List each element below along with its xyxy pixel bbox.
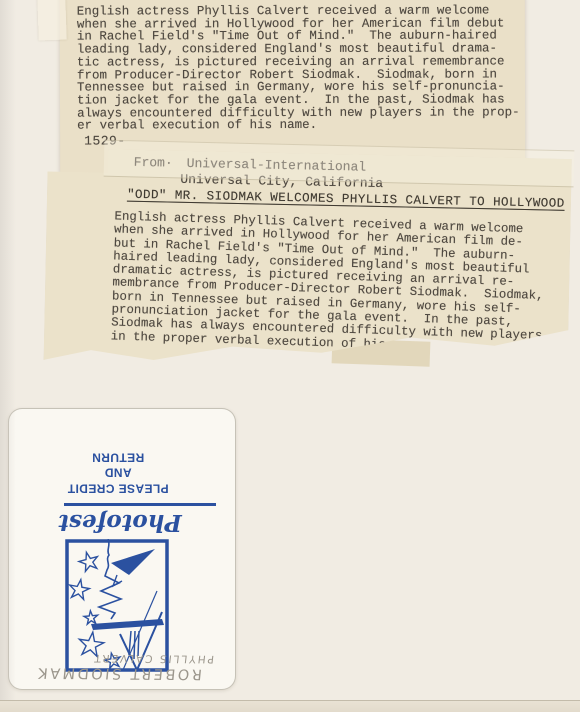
photofest-logo-text: Photofest	[25, 509, 215, 536]
table-bar	[91, 619, 164, 630]
profile-line	[99, 539, 121, 619]
sender-block: From· Universal-International Universal …	[133, 155, 383, 192]
star-icon	[77, 549, 100, 571]
text-line: AND	[23, 465, 213, 481]
star-icon	[84, 610, 99, 624]
text-line: er verbal execution of his name.	[77, 119, 520, 133]
from-label: From·	[134, 155, 173, 172]
martini-glass-icon	[111, 549, 155, 575]
handwritten-name-siodmak: ROBERT SIODMAK	[15, 664, 203, 682]
caption-paragraph: English actress Phyllis Calvert received…	[77, 4, 520, 132]
page-bottom-edge	[0, 700, 580, 712]
credit-instruction: PLEASE CREDITANDRETURN	[23, 449, 213, 496]
negative-number: 1529-	[84, 133, 126, 148]
brand-rule	[64, 503, 216, 506]
text-line: PLEASE CREDIT	[23, 480, 213, 496]
text-line: RETURN	[23, 449, 213, 465]
caption-paragraph: English actress Phyllis Calvert received…	[111, 210, 546, 356]
star-icon	[68, 577, 91, 599]
photofest-credit-sticker: PLEASE CREDITANDRETURN Photofest	[8, 408, 236, 690]
handwritten-name-calvert: PHYLLIS CALVERT	[15, 651, 214, 665]
pencil-annotation: ROBERT SIODMAK PHYLLIS CALVERT	[16, 651, 212, 682]
typed-caption-snippet-bottom: From· Universal-International Universal …	[44, 148, 572, 373]
